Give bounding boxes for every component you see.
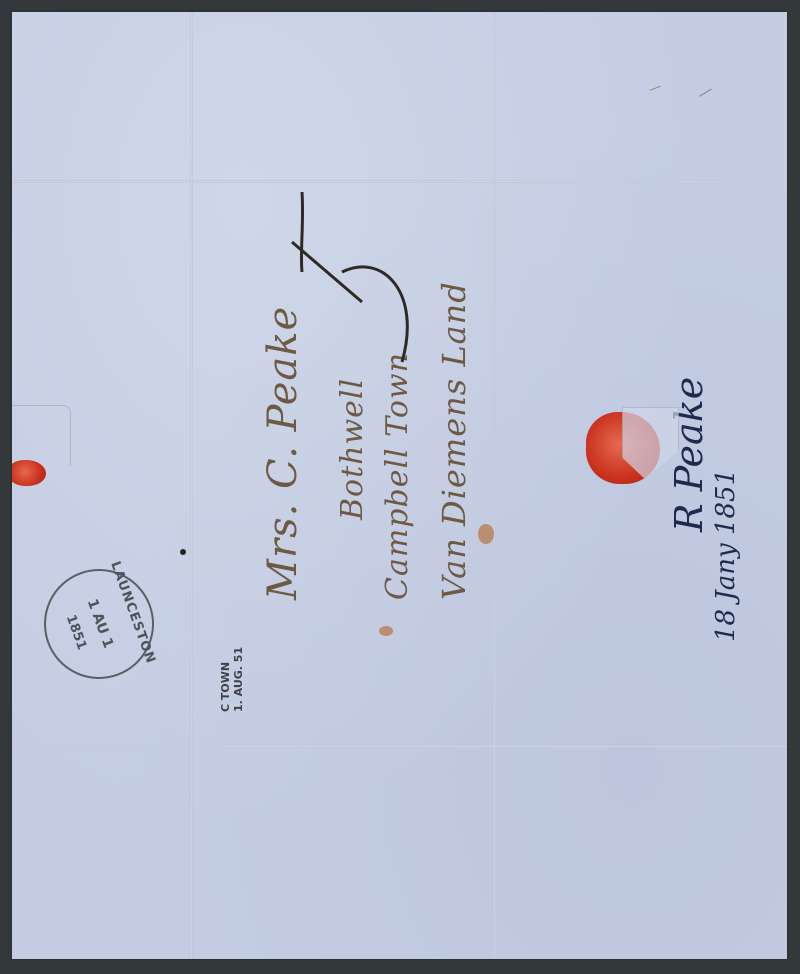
fold-line-top: [12, 180, 787, 183]
letter-sheet: / / Mrs. C. Peake Bothwell Campbell Town…: [12, 12, 787, 959]
stain: [478, 524, 494, 544]
launceston-postmark: LAUNCESTON 1 AU 1 1851: [29, 554, 170, 695]
address-line-colony: Van Diemens Land: [435, 281, 473, 600]
ink-mark: /: [646, 82, 663, 97]
handstamp-line2: 1. AUG. 51: [232, 647, 245, 712]
fold-line-left: [190, 12, 193, 959]
address-line-locality: Bothwell: [335, 378, 370, 520]
ink-mark: /: [695, 83, 714, 104]
fold-line-bottom: [12, 745, 787, 748]
torn-paper-edge: [12, 405, 71, 466]
handstamp-line1: C TOWN: [219, 647, 232, 712]
ink-dot: [180, 549, 186, 555]
docket-date: 18 Jany 1851: [711, 377, 741, 642]
stain: [379, 626, 393, 636]
campbell-town-handstamp: C TOWN 1. AUG. 51: [219, 647, 245, 712]
ink-overstroke: [282, 192, 432, 392]
